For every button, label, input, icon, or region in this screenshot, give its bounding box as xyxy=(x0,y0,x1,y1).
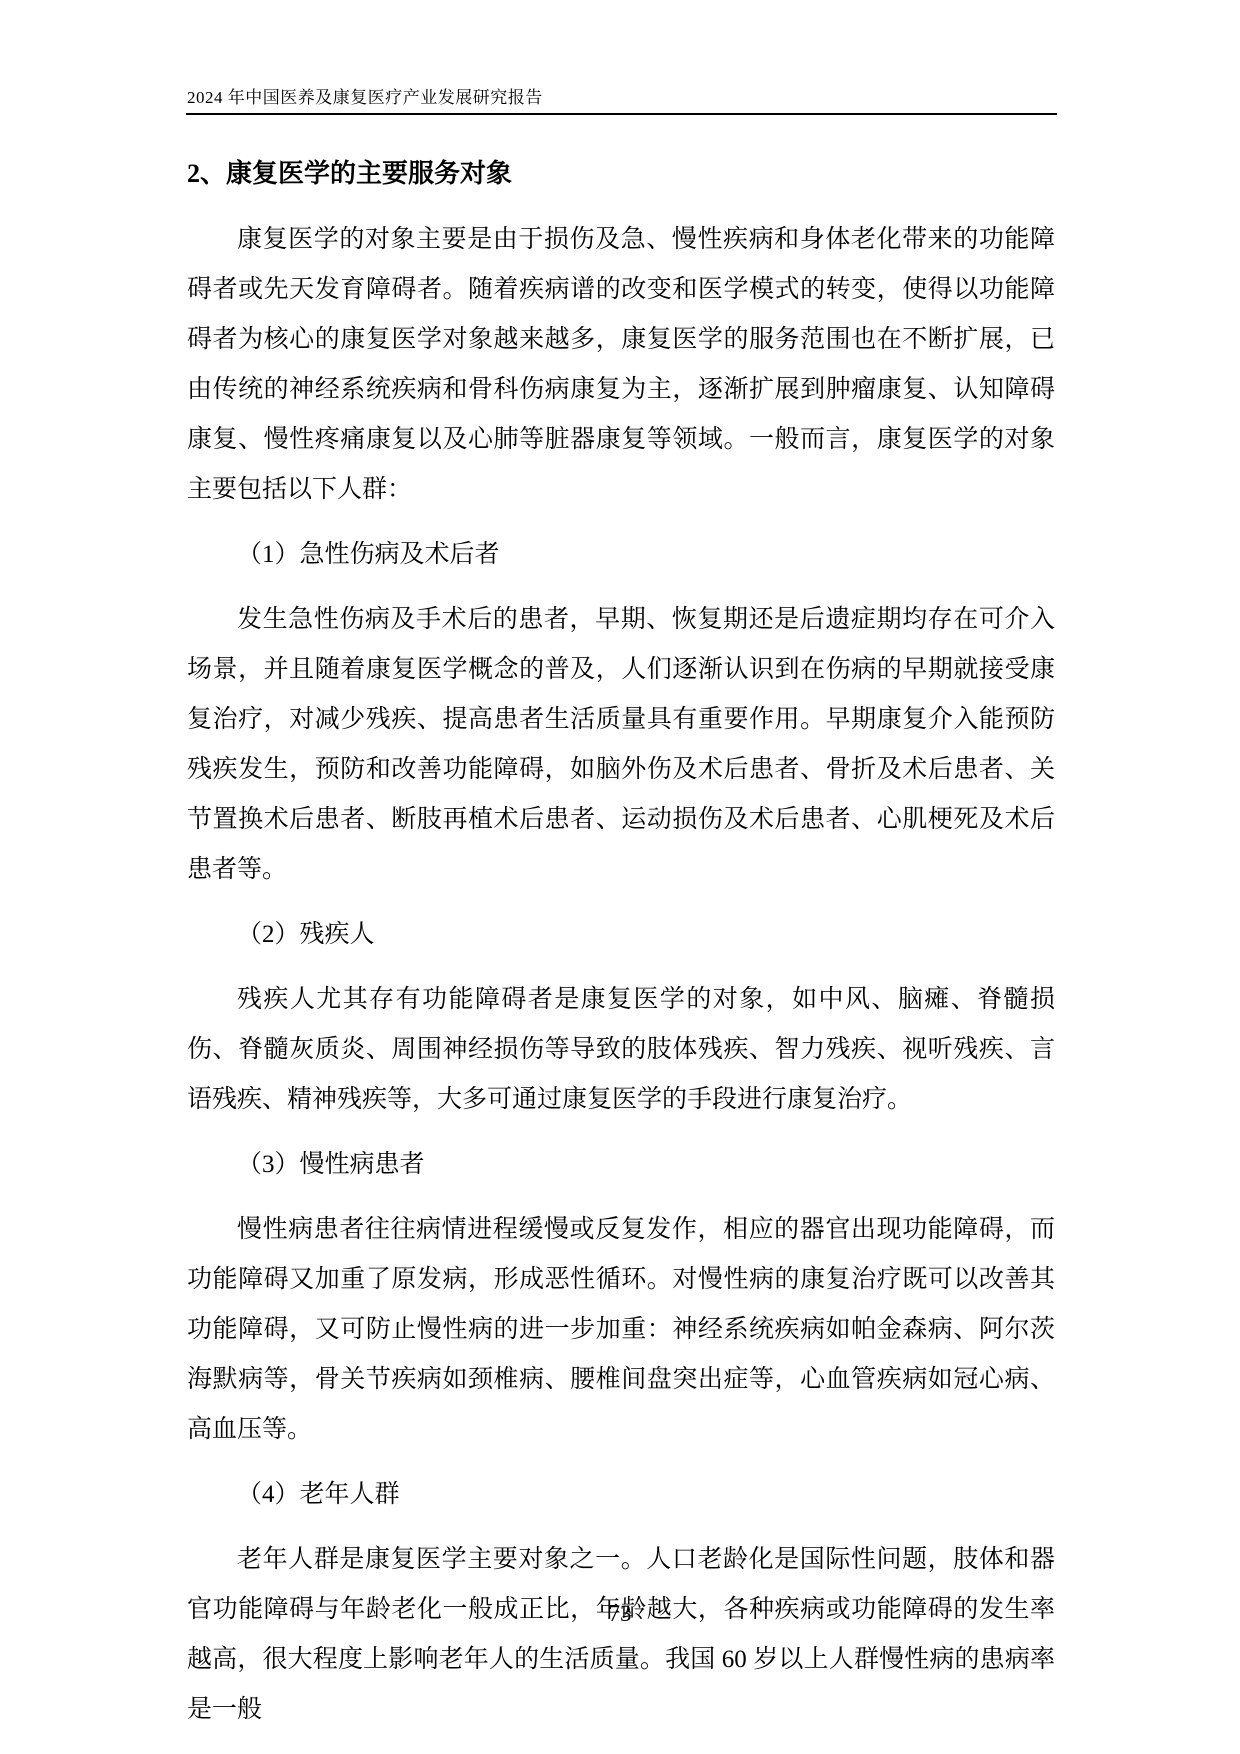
page-number: 73 xyxy=(0,1599,1240,1629)
subsection-2-heading: （2）残疾人 xyxy=(187,910,1055,960)
subsection-4-paragraph: 老年人群是康复医学主要对象之一。人口老龄化是国际性问题，肢体和器官功能障碍与年龄… xyxy=(187,1535,1055,1735)
subsection-4-heading: （4）老年人群 xyxy=(187,1470,1055,1520)
subsection-3-heading: （3）慢性病患者 xyxy=(187,1140,1055,1190)
section-heading: 2、康复医学的主要服务对象 xyxy=(187,152,1055,196)
subsection-3-paragraph: 慢性病患者往往病情进程缓慢或反复发作，相应的器官出现功能障碍，而功能障碍又加重了… xyxy=(187,1205,1055,1455)
document-content: 2、康复医学的主要服务对象 康复医学的对象主要是由于损伤及急、慢性疾病和身体老化… xyxy=(187,152,1055,1735)
page-header-title: 2024 年中国医养及康复医疗产业发展研究报告 xyxy=(187,87,543,109)
intro-paragraph: 康复医学的对象主要是由于损伤及急、慢性疾病和身体老化带来的功能障碍者或先天发育障… xyxy=(187,215,1055,515)
subsection-1-heading: （1）急性伤病及术后者 xyxy=(187,530,1055,580)
subsection-1-paragraph: 发生急性伤病及手术后的患者，早期、恢复期还是后遗症期均存在可介入场景，并且随着康… xyxy=(187,595,1055,895)
document-page: 2024 年中国医养及康复医疗产业发展研究报告 2、康复医学的主要服务对象 康复… xyxy=(0,0,1240,1754)
header-rule xyxy=(186,113,1057,115)
subsection-2-paragraph: 残疾人尤其存有功能障碍者是康复医学的对象，如中风、脑瘫、脊髓损伤、脊髓灰质炎、周… xyxy=(187,975,1055,1125)
